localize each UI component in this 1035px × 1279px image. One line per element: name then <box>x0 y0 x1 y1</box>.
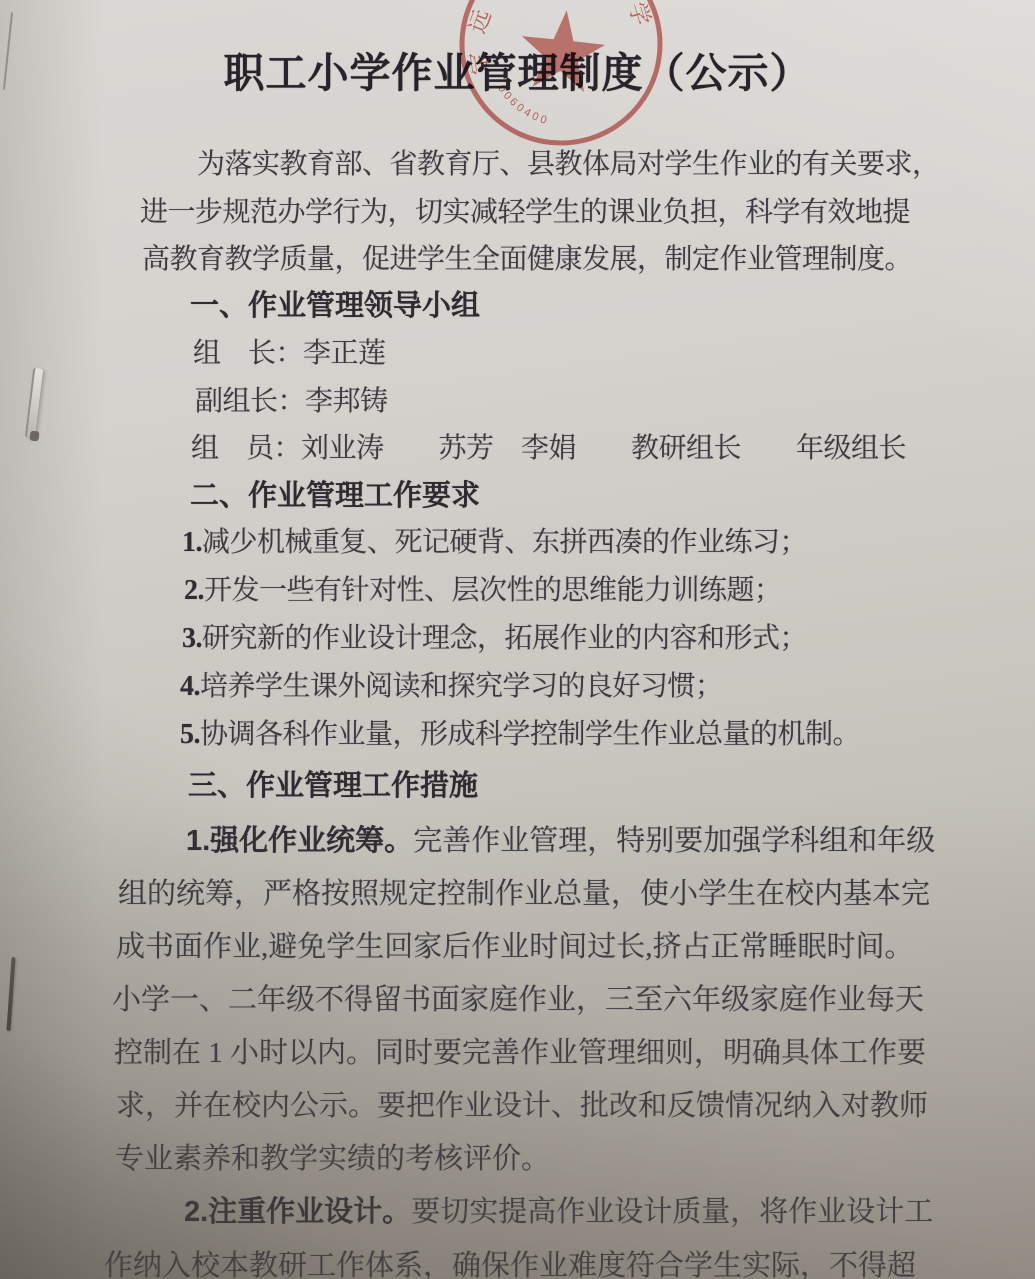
document-page: 职工小学作业管理制度（公示） 为落实教育部、省教育厅、县教体局对学生作业的有关要… <box>0 0 1035 1279</box>
requirement-item-4: 4.培养学生课外阅读和探究学习的良好习惯； <box>180 673 723 701</box>
item-number: 1. <box>182 527 202 558</box>
deputy-leader-line: 副组长：李邦铸 <box>195 388 388 416</box>
staple-head-icon <box>29 430 39 441</box>
item-text: 减少机械重复、死记硬背、东拼西凑的作业练习； <box>202 527 807 558</box>
measure1-line-2: 组的统筹，严格按照规定控制作业总量，使小学生在校内基本完 <box>118 880 930 909</box>
measure1-line-3: 成书面作业,避免学生回家后作业时间过长,挤占正常睡眠时间。 <box>116 933 914 962</box>
intro-line-2: 进一步规范办学行为，切实减轻学生的课业负担，科学有效地提 <box>140 199 910 227</box>
section3-heading: 三、作业管理工作措施 <box>188 772 478 801</box>
measure1-line-4: 小学一、二年级不得留书面家庭作业，三至六年级家庭作业每天 <box>112 986 924 1015</box>
seal-star-icon <box>517 6 608 94</box>
measure1-line-1: 1.强化作业统筹。完善作业管理，特别要加强学科组和年级 <box>186 827 935 856</box>
section1-heading: 一、作业管理领导小组 <box>190 292 480 321</box>
measure-text: 完善作业管理，特别要加强学科组和年级 <box>413 825 935 857</box>
measure1-line-6: 求，并在校内公示。要把作业设计、批改和反馈情况纳入对教师 <box>116 1092 928 1121</box>
item-text: 开发一些有针对性、层次性的思维能力训练题； <box>204 575 782 606</box>
measure-lead: 1.强化作业统筹。 <box>186 825 413 857</box>
requirement-item-3: 3.研究新的作业设计理念，拓展作业的内容和形式； <box>182 625 807 653</box>
item-number: 2. <box>184 575 204 606</box>
official-seal-icon: 定远县职工小学 0060400 <box>436 0 686 174</box>
item-text: 培养学生课外阅读和探究学习的良好习惯； <box>200 671 723 702</box>
staple-icon <box>25 368 43 439</box>
measure1-line-7: 专业素养和教学实绩的考核评价。 <box>115 1145 550 1174</box>
measure-text: 要切实提高作业设计质量，将作业设计工 <box>411 1196 933 1228</box>
members-line: 组 员：刘业涛 苏芳 李娟 教研组长 年级组长 <box>191 435 906 463</box>
requirement-item-2: 2.开发一些有针对性、层次性的思维能力训练题； <box>184 577 782 605</box>
intro-line-3: 高教育教学质量，促进学生全面健康发展，制定作业管理制度。 <box>142 246 912 274</box>
requirement-item-1: 1.减少机械重复、死记硬背、东拼西凑的作业练习； <box>182 529 807 557</box>
leader-line: 组 长：李正莲 <box>193 340 386 368</box>
measure-lead: 2.注重作业设计。 <box>184 1196 411 1228</box>
measure1-line-5: 控制在 1 小时以内。同时要完善作业管理细则，明确具体工作要 <box>114 1039 926 1068</box>
staple-icon <box>6 957 15 1031</box>
measure2-line-2: 作纳入校本教研工作体系，确保作业难度符合学生实际，不得超 <box>104 1252 916 1279</box>
item-number: 5. <box>180 719 200 750</box>
item-number: 4. <box>180 671 200 702</box>
item-text: 研究新的作业设计理念，拓展作业的内容和形式； <box>202 623 807 654</box>
requirement-item-5: 5.协调各科作业量，形成科学控制学生作业总量的机制。 <box>180 721 860 749</box>
item-number: 3. <box>182 623 202 654</box>
measure2-line-1: 2.注重作业设计。要切实提高作业设计质量，将作业设计工 <box>184 1198 933 1227</box>
section2-heading: 二、作业管理工作要求 <box>190 482 480 511</box>
item-text: 协调各科作业量，形成科学控制学生作业总量的机制。 <box>200 719 860 750</box>
